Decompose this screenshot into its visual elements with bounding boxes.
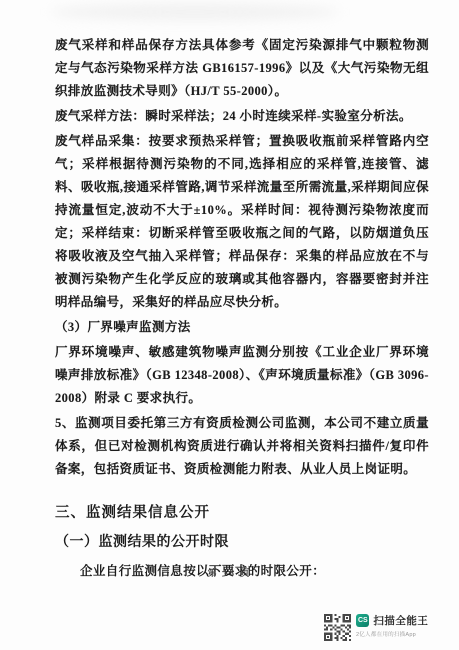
page-number: 第 18 页	[0, 566, 459, 579]
camscanner-watermark: CS 扫描全能王 2亿人都在用的扫描App	[324, 613, 453, 643]
qr-code-icon	[324, 614, 351, 641]
section-heading: 三、监测结果信息公开	[55, 502, 429, 525]
scanned-document-page: 废气采样和样品保存方法具体参考《固定污染源排气中颗粒物测定与气态污染物采样方法 …	[0, 0, 459, 650]
camscanner-tagline: 2亿人都在用的扫描App	[356, 630, 416, 638]
camscanner-app-name: 扫描全能王	[373, 613, 428, 628]
body-paragraph: 废气采样方法：瞬时采样法；24 小时连续采样-实验室分析法。	[55, 105, 429, 128]
scan-artifact-band	[50, 4, 340, 20]
camscanner-logo-icon: CS	[356, 614, 369, 627]
body-paragraph: 厂界环境噪声、敏感建筑物噪声监测分别按《工业企业厂界环境噪声排放标准》（GB 1…	[55, 341, 429, 410]
document-body: 废气采样和样品保存方法具体参考《固定污染源排气中颗粒物测定与气态污染物采样方法 …	[55, 34, 429, 585]
body-paragraph: （3）厂界噪声监测方法	[55, 316, 429, 339]
body-paragraph: 废气采样和样品保存方法具体参考《固定污染源排气中颗粒物测定与气态污染物采样方法 …	[55, 34, 429, 103]
body-paragraph: 废气样品采集：按要求预热采样管；置换吸收瓶前采样管路内空气；采样根据待测污染物的…	[55, 130, 429, 314]
subsection-heading: （一）监测结果的公开时限	[55, 530, 429, 553]
body-paragraph: 5、监测项目委托第三方有资质检测公司监测，本公司不建立质量体系，但已对检测机构资…	[55, 412, 429, 481]
